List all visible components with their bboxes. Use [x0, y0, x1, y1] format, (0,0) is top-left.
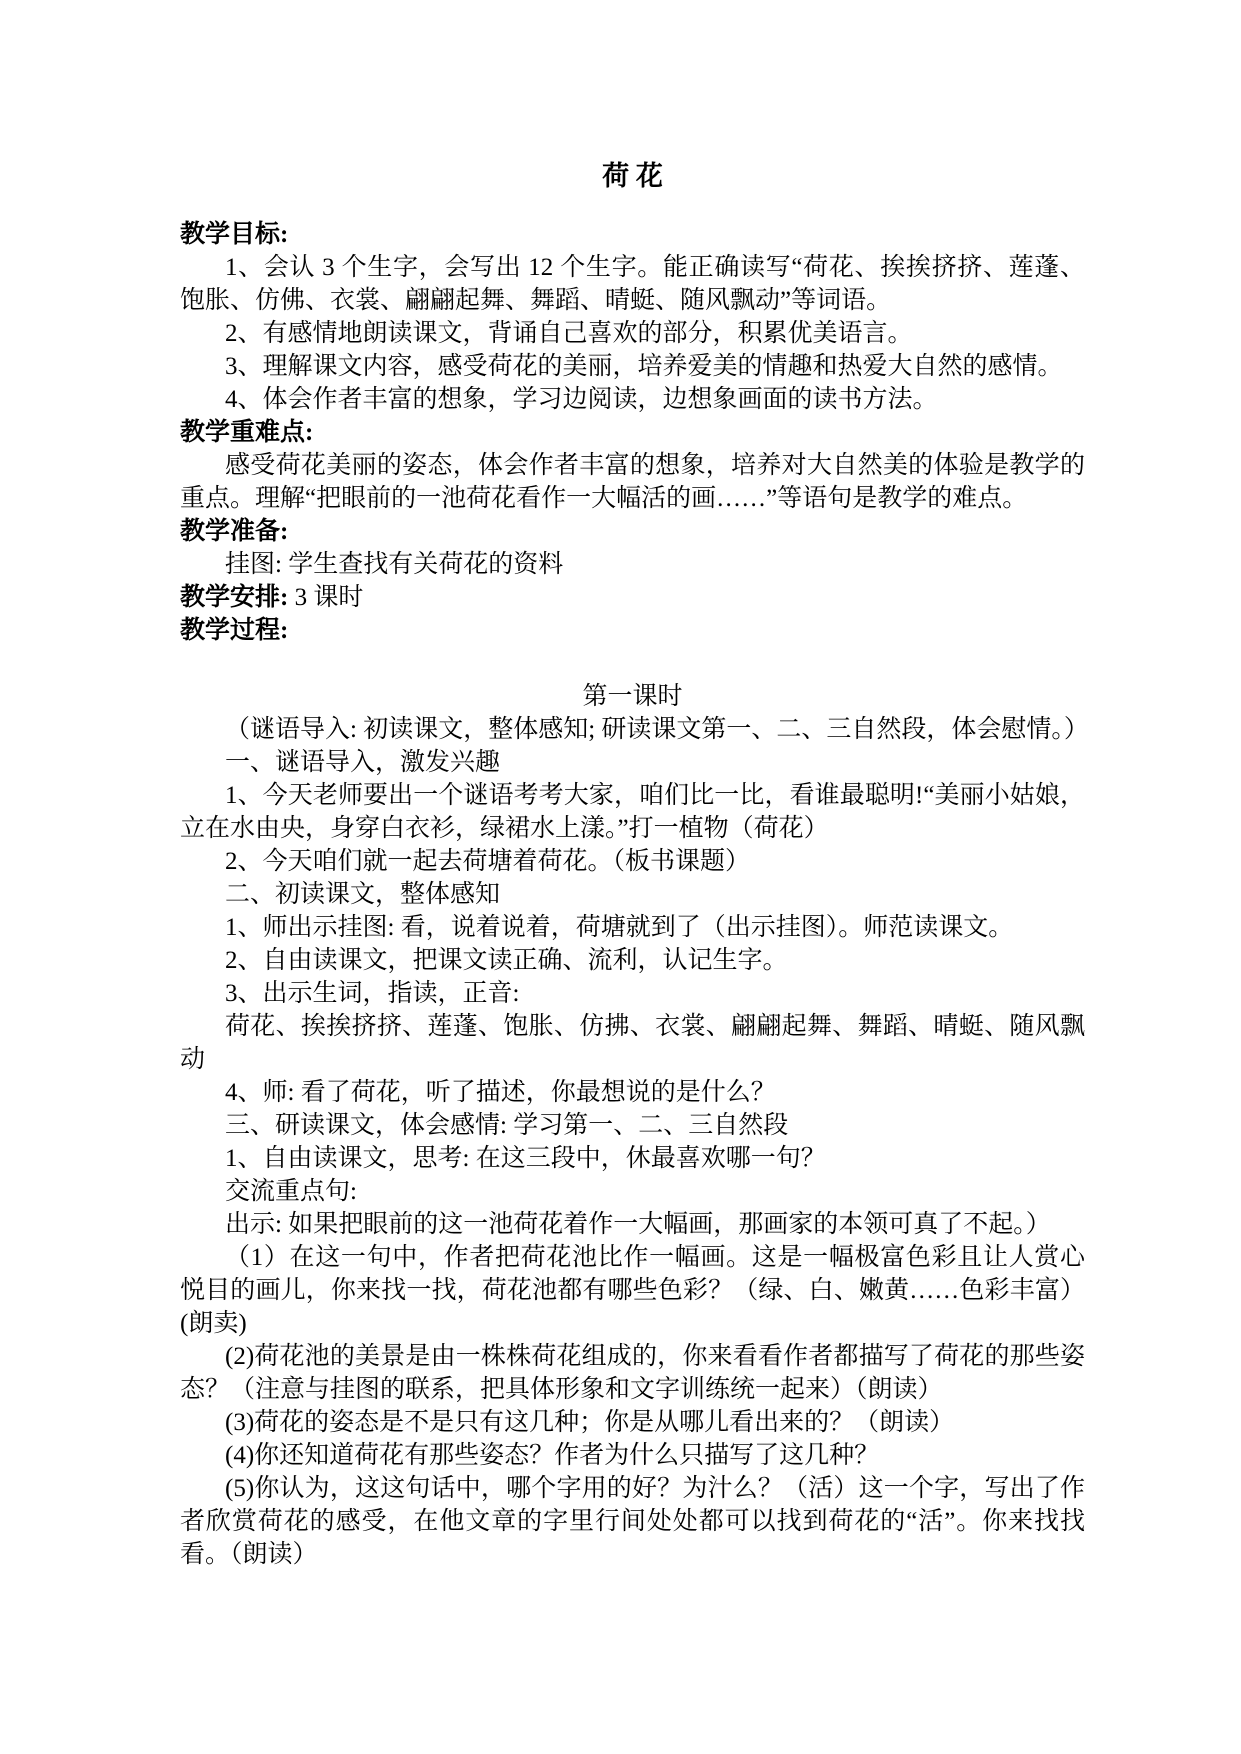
section-heading-inline: 教学安排: 3 课时 — [180, 581, 1085, 614]
paragraph: 荷花、挨挨挤挤、莲蓬、饱胀、仿拂、衣裳、翩翩起舞、舞蹈、晴蜓、随风飘动 — [180, 1010, 1085, 1076]
document-content: 荷 花 教学目标:1、会认 3 个生字，会写出 12 个生字。能正确读写“荷花、… — [180, 160, 1085, 1571]
section-heading: 教学重难点: — [180, 416, 1085, 449]
section-heading: 教学过程: — [180, 614, 1085, 647]
paragraph: 1、自由读课文，思考: 在这三段中，休最喜欢哪一句？ — [180, 1142, 1085, 1175]
document-page: { "document": { "title": "荷 花", "blocks"… — [0, 0, 1241, 1754]
paragraph: 二、初读课文，整体感知 — [180, 878, 1085, 911]
paragraph: (3)荷花的姿态是不是只有这几种；你是从哪儿看出来的？（朗读） — [180, 1406, 1085, 1439]
paragraph: 1、师出示挂图: 看，说着说着，荷塘就到了（出示挂图）。师范读课文。 — [180, 911, 1085, 944]
paragraph: 2、自由读课文，把课文读正确、流利，认记生字。 — [180, 944, 1085, 977]
paragraph: 一、谜语导入，激发兴趣 — [180, 746, 1085, 779]
paragraph: 三、研读课文，体会感情: 学习第一、二、三自然段 — [180, 1109, 1085, 1142]
paragraph: 3、理解课文内容，感受荷花的美丽，培养爱美的情趣和热爱大自然的感情。 — [180, 350, 1085, 383]
paragraph: (2)荷花池的美景是由一株株荷花组成的，你来看看作者都描写了荷花的那些姿态？（注… — [180, 1340, 1085, 1406]
paragraph: 交流重点句: — [180, 1175, 1085, 1208]
paragraph: 3、出示生词，指读，正音: — [180, 977, 1085, 1010]
paragraph: 2、有感情地朗读课文，背诵自己喜欢的部分，积累优美语言。 — [180, 317, 1085, 350]
paragraph: 2、今天咱们就一起去荷塘着荷花。（板书课题） — [180, 845, 1085, 878]
paragraph: 4、师: 看了荷花，听了描述，你最想说的是什么？ — [180, 1076, 1085, 1109]
paragraph: （谜语导入: 初读课文，整体感知; 研读课文第一、二、三自然段，体会慰情。） — [180, 713, 1085, 746]
section-heading-label: 教学安排: — [180, 584, 288, 611]
paragraph: 1、会认 3 个生字，会写出 12 个生字。能正确读写“荷花、挨挨挤挤、莲蓬、饱… — [180, 251, 1085, 317]
paragraph: 出示: 如果把眼前的这一池荷花着作一大幅画，那画家的本领可真了不起。） — [180, 1208, 1085, 1241]
paragraph: 1、今天老师要出一个谜语考考大家，咱们比一比，看谁最聪明!“美丽小姑娘，立在水由… — [180, 779, 1085, 845]
section-heading: 教学准备: — [180, 515, 1085, 548]
paragraph: 感受荷花美丽的姿态，体会作者丰富的想象，培养对大自然美的体验是教学的重点。理解“… — [180, 449, 1085, 515]
document-body: 教学目标:1、会认 3 个生字，会写出 12 个生字。能正确读写“荷花、挨挨挤挤… — [180, 218, 1085, 1571]
page-title: 荷 花 — [180, 160, 1085, 193]
paragraph: 挂图: 学生查找有关荷花的资料 — [180, 548, 1085, 581]
section-heading: 教学目标: — [180, 218, 1085, 251]
blank-line — [180, 647, 1085, 680]
centered-subheading: 第一课时 — [180, 680, 1085, 713]
paragraph: (4)你还知道荷花有那些姿态？作者为什么只描写了这几种？ — [180, 1439, 1085, 1472]
paragraph: 4、体会作者丰富的想象，学习边阅读，边想象画面的读书方法。 — [180, 383, 1085, 416]
paragraph: （1）在这一句中，作者把荷花池比作一幅画。这是一幅极富色彩且让人赏心悦目的画儿，… — [180, 1241, 1085, 1340]
section-heading-value: 3 课时 — [295, 584, 364, 611]
paragraph: (5)你认为，这这句话中，哪个字用的好？为汁么？（活）这一个字，写出了作者欣赏荷… — [180, 1472, 1085, 1571]
